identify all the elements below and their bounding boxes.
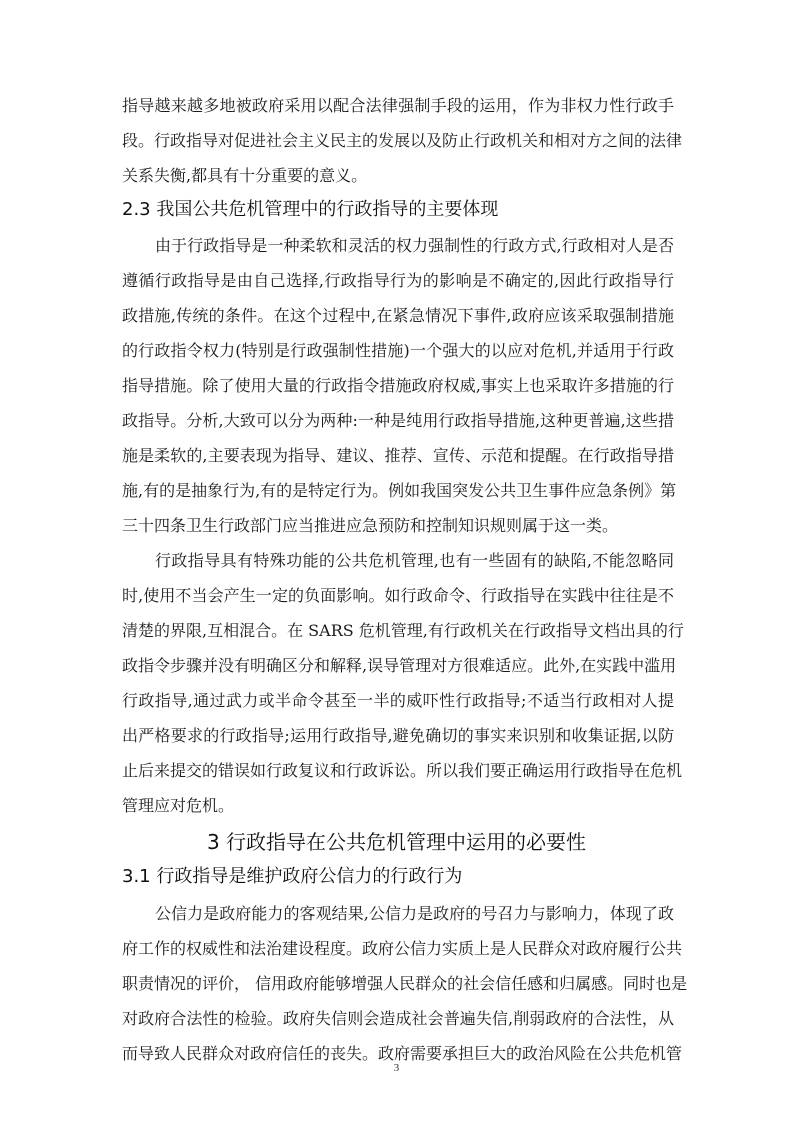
- paragraph-line: 对政府合法性的检验。政府失信则会造成社会普遍失信,削弱政府的合法性，从: [122, 1009, 674, 1029]
- paragraph-line: 时,使用不当会产生一定的负面影响。如行政命令、行政指导在实践中往往是不: [122, 586, 674, 606]
- paragraph-line: 段。行政指导对促进社会主义民主的发展以及防止行政机关和相对方之间的法律: [122, 131, 674, 151]
- paragraph-line: 止后来提交的错误如行政复议和行政诉讼。所以我们要正确运用行政指导在危机: [122, 761, 674, 781]
- paragraph-line: 遵循行政指导是由自己选择,行政指导行为的影响是不确定的,因此行政指导行: [122, 271, 674, 291]
- paragraph-line: 职责情况的评价， 信用政府能够增强人民群众的社会信任感和归属感。同时也是: [122, 974, 674, 994]
- paragraph-line: 施是柔软的,主要表现为指导、建议、推荐、宣传、示范和提醒。在行政指导措: [122, 446, 674, 466]
- paragraph-line: 指导越来越多地被政府采用以配合法律强制手段的运用，作为非权力性行政手: [122, 96, 674, 116]
- paragraph-line: 出严格要求的行政指导;运用行政指导,避免确切的事实来识别和收集证据,以防: [122, 726, 674, 746]
- paragraph-line: 府工作的权威性和法治建设程度。政府公信力实质上是人民群众对政府履行公共: [122, 939, 674, 959]
- section-heading-3-1: 3.1 行政指导是维护政府公信力的行政行为: [122, 866, 462, 888]
- paragraph-line: 而导致人民群众对政府信任的丧失。政府需要承担巨大的政治风险在公共危机管: [122, 1044, 674, 1064]
- paragraph-line: 关系失衡,都具有十分重要的意义。: [122, 166, 674, 186]
- paragraph-line: 指导措施。除了使用大量的行政指令措施政府权威,事实上也采取许多措施的行: [122, 376, 674, 396]
- paragraph-line: 清楚的界限,互相混合。在 SARS 危机管理,有行政机关在行政指导文档出具的行: [122, 621, 674, 641]
- paragraph-line: 公信力是政府能力的客观结果,公信力是政府的号召力与影响力，体现了政: [155, 904, 674, 924]
- paragraph-line: 管理应对危机。: [122, 796, 674, 816]
- paragraph-line: 政指令步骤并没有明确区分和解释,误导管理对方很难适应。此外,在实践中滥用: [122, 656, 674, 676]
- chapter-heading-3: 3 行政指导在公共危机管理中运用的必要性: [0, 830, 793, 854]
- paragraph-line: 三十四条卫生行政部门应当推进应急预防和控制知识规则属于这一类。: [122, 516, 674, 536]
- paragraph-line: 施,有的是抽象行为,有的是特定行为。例如我国突发公共卫生事件应急条例》第: [122, 481, 674, 501]
- paragraph-line: 的行政指令权力(特别是行政强制性措施)一个强大的以应对危机,并适用于行政: [122, 341, 674, 361]
- document-page: 指导越来越多地被政府采用以配合法律强制手段的运用，作为非权力性行政手 段。行政指…: [0, 0, 793, 1122]
- paragraph-line: 政指导。分析,大致可以分为两种:一种是纯用行政指导措施,这种更普遍,这些措: [122, 411, 674, 431]
- paragraph-line: 行政指导,通过武力或半命令甚至一半的威吓性行政指导;不适当行政相对人提: [122, 691, 674, 711]
- section-heading-2-3: 2.3 我国公共危机管理中的行政指导的主要体现: [122, 199, 498, 221]
- paragraph-line: 政措施,传统的条件。在这个过程中,在紧急情况下事件,政府应该采取强制措施: [122, 306, 674, 326]
- paragraph-line: 由于行政指导是一种柔软和灵活的权力强制性的行政方式,行政相对人是否: [155, 236, 674, 256]
- paragraph-line: 行政指导具有特殊功能的公共危机管理,也有一些固有的缺陷,不能忽略同: [155, 551, 674, 571]
- page-number: 3: [0, 1062, 793, 1074]
